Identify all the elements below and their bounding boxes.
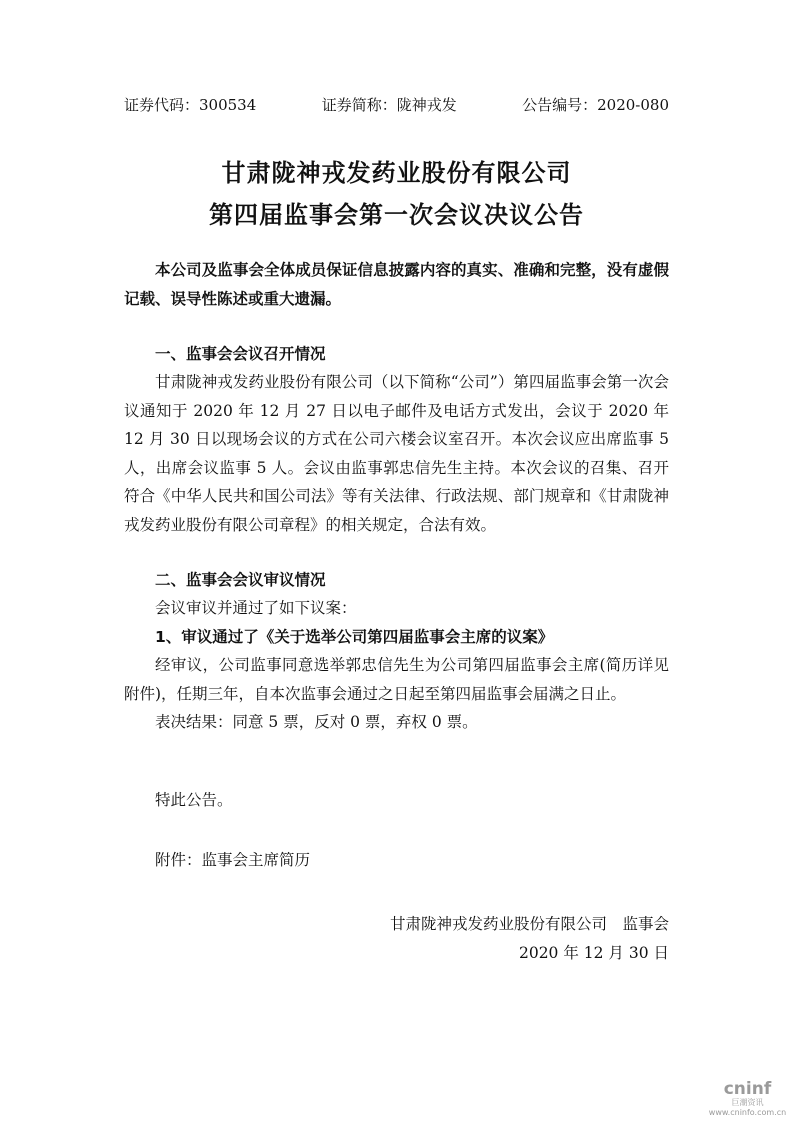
announcement-title: 第四届监事会第一次会议决议公告 [0,195,793,230]
closing-statement: 特此公告。 [124,786,669,815]
stock-code: 证券代码：300534 [124,94,256,115]
motion-1-vote-result: 表决结果：同意 5 票，反对 0 票，弃权 0 票。 [124,708,669,737]
stock-abbreviation: 证券简称：陇神戎发 [322,94,457,115]
attachment-note: 附件：监事会主席简历 [124,846,669,875]
cninfo-cn-name: 巨潮资讯 [705,1098,790,1108]
signature-org: 甘肃陇神戎发药业股份有限公司 监事会 [124,910,669,939]
section-1-body: 甘肃陇神戎发药业股份有限公司（以下简称“公司”）第四届监事会第一次会议通知于 2… [124,368,669,539]
cninfo-watermark: cninf 巨潮资讯 www.cninfo.com.cn [705,1080,790,1118]
company-title: 甘肃陇神戎发药业股份有限公司 [0,153,793,188]
document-page: 证券代码：300534 证券简称：陇神戎发 公告编号：2020-080 甘肃陇神… [0,0,793,1122]
announcement-header: 证券代码：300534 证券简称：陇神戎发 公告编号：2020-080 [124,94,669,115]
cninfo-url: www.cninfo.com.cn [705,1108,790,1118]
signature-date: 2020 年 12 月 30 日 [124,939,669,968]
disclosure-statement: 本公司及监事会全体成员保证信息披露内容的真实、准确和完整，没有虚假记载、误导性陈… [124,256,669,313]
cninfo-logo-icon: cninf [705,1080,790,1098]
section-2-heading: 二、监事会会议审议情况 [124,566,669,595]
motion-1-title: 1、审议通过了《关于选举公司第四届监事会主席的议案》 [124,623,669,652]
announcement-number: 公告编号：2020-080 [522,94,669,115]
motion-1-body: 经审议，公司监事同意选举郭忠信先生为公司第四届监事会主席(简历详见附件)，任期三… [124,651,669,708]
section-1-heading: 一、监事会会议召开情况 [124,340,669,369]
section-2-intro: 会议审议并通过了如下议案： [124,594,669,623]
